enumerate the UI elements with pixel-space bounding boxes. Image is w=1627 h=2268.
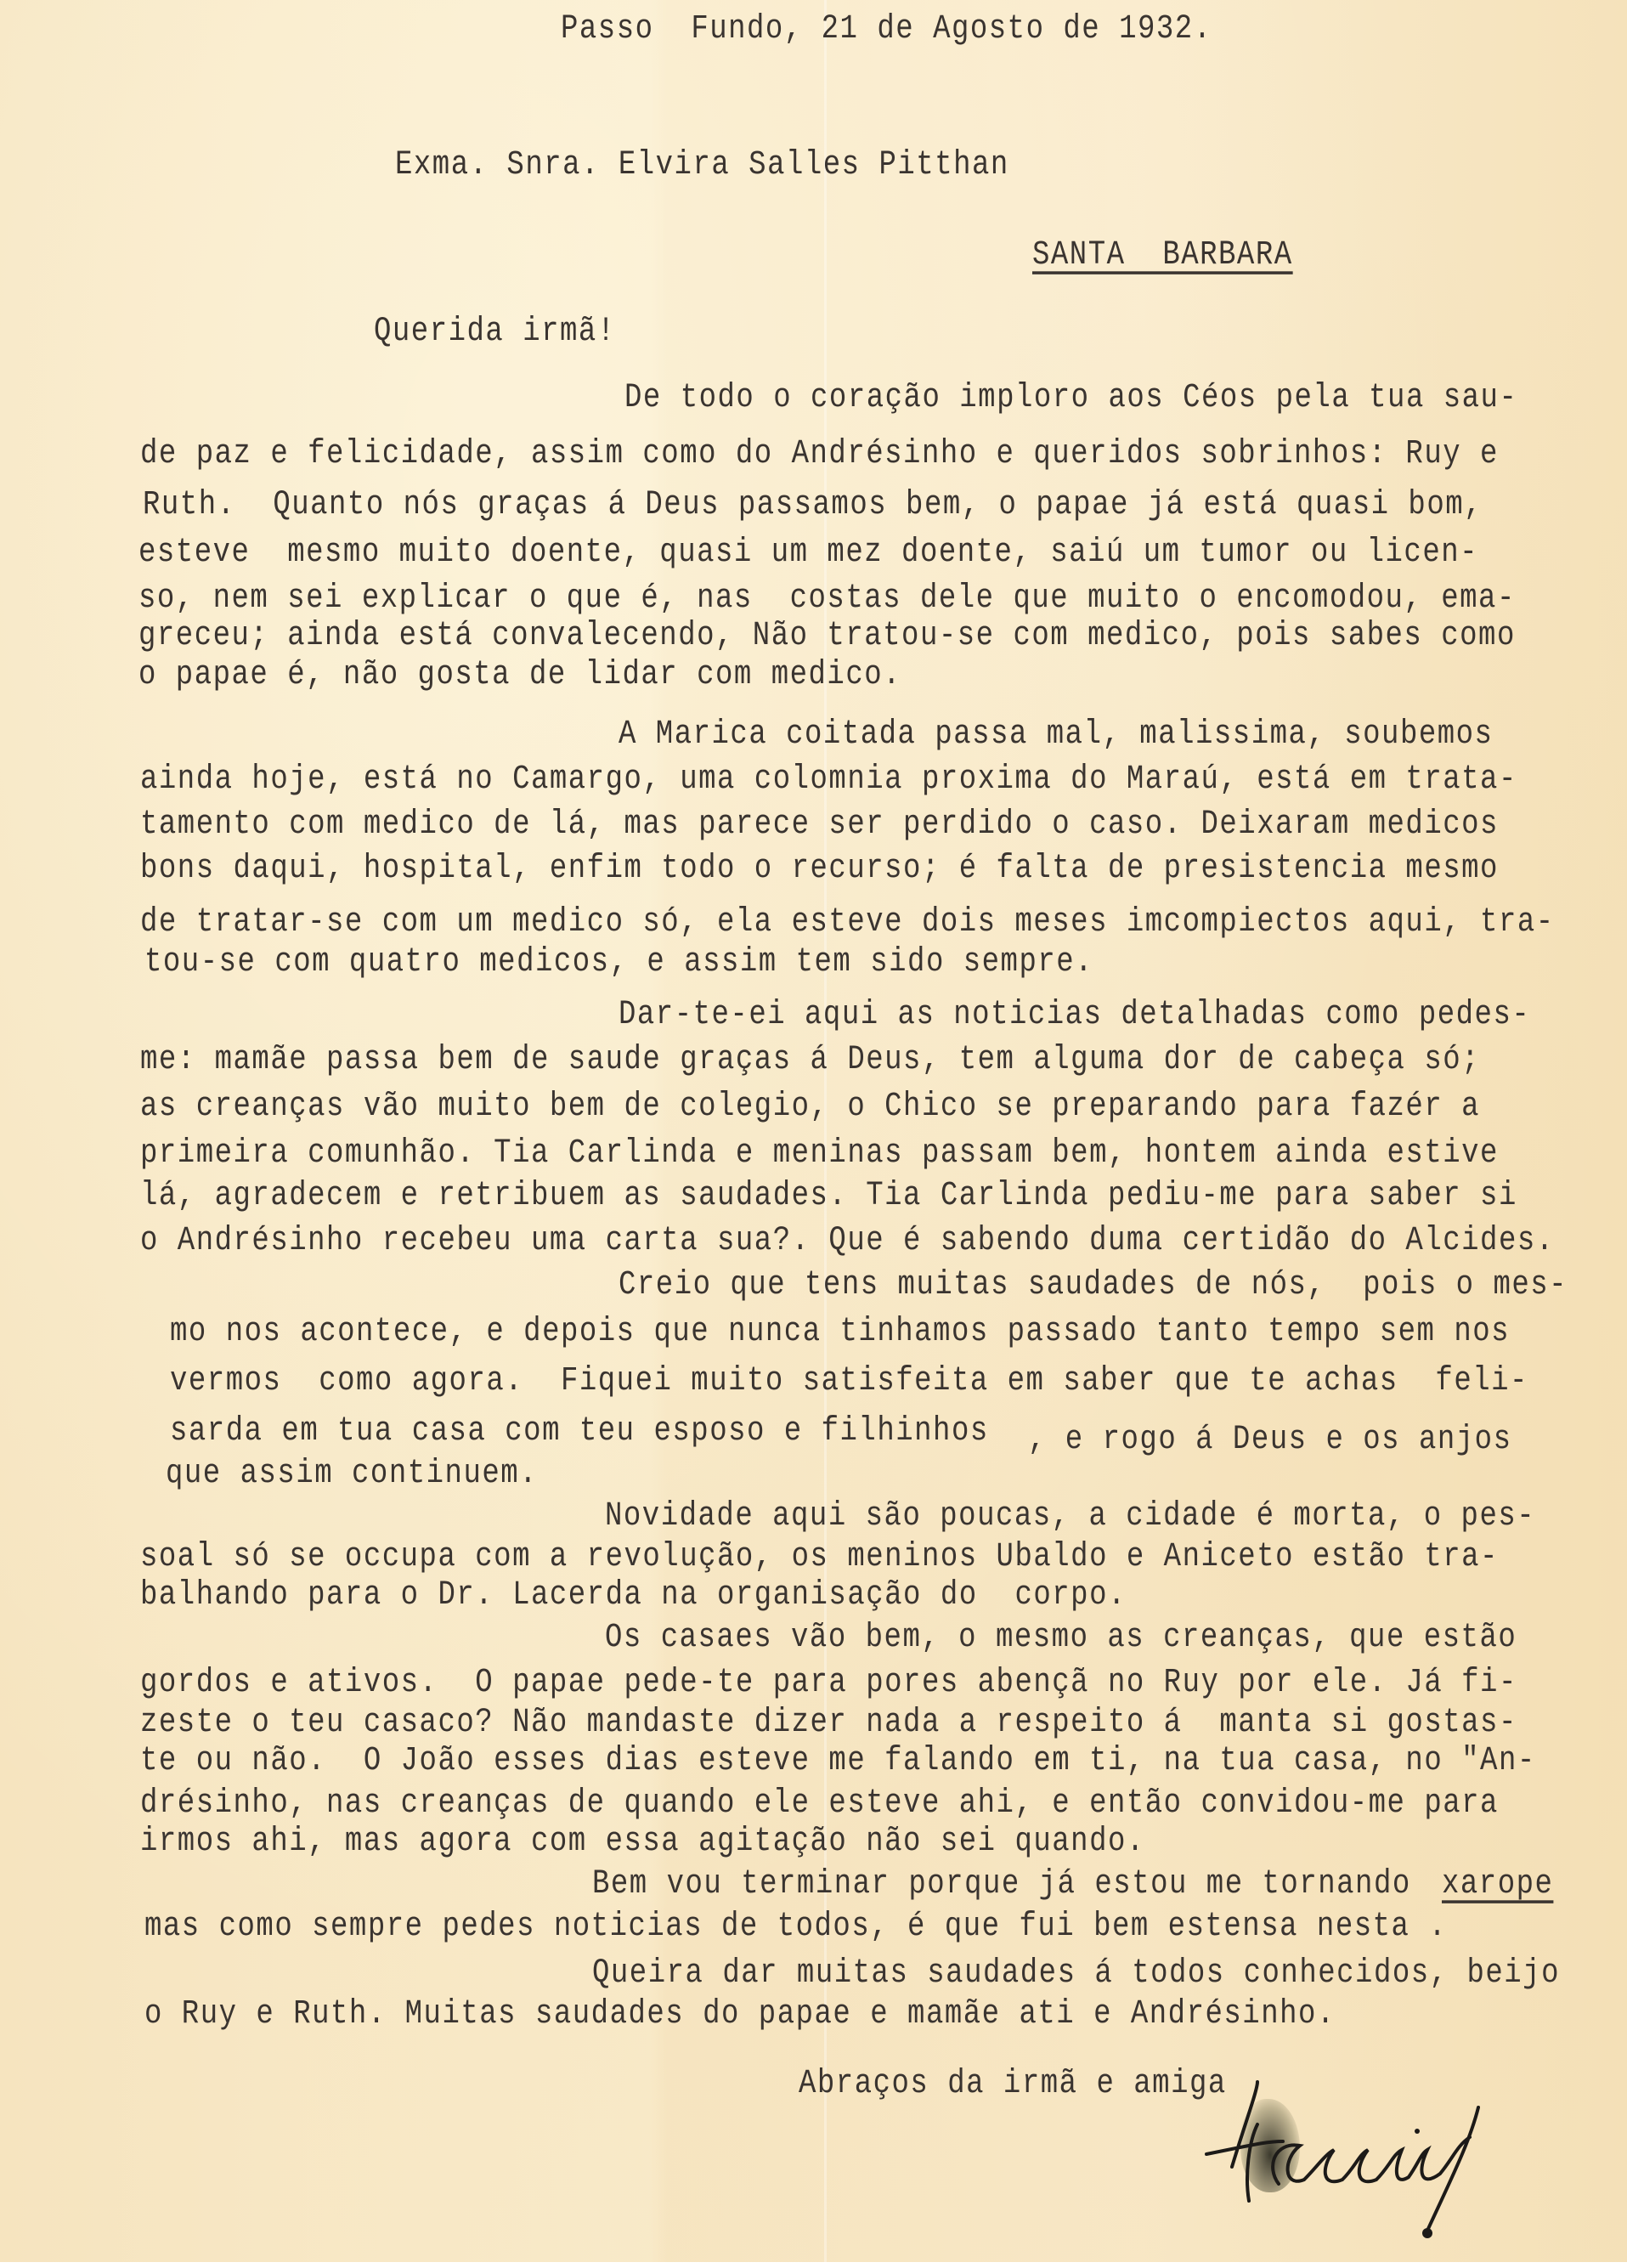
body-line: me: mamãe passa bem de saude graças á De… — [140, 1041, 1480, 1079]
body-line: o Ruy e Ruth. Muitas saudades do papae e… — [144, 1995, 1336, 2033]
body-line: o papae é, não gosta de lidar com medico… — [138, 656, 901, 694]
body-line: ainda hoje, está no Camargo, uma colomni… — [140, 761, 1517, 799]
body-line: de paz e felicidade, assim como do André… — [140, 435, 1499, 473]
body-line: mo nos acontece, e depois que nunca tinh… — [170, 1313, 1510, 1351]
body-line: greceu; ainda está convalecendo, Não tra… — [138, 617, 1516, 655]
body-line: Dar-te-ei aqui as noticias detalhadas co… — [619, 996, 1530, 1034]
body-line: esteve mesmo muito doente, quasi um mez … — [138, 534, 1478, 572]
underlined-word: xarope — [1442, 1865, 1553, 1903]
body-line: zeste o teu casaco? Não mandaste dizer n… — [140, 1704, 1517, 1742]
body-line: tamento com medico de lá, mas parece ser… — [140, 806, 1499, 844]
body-line: Queira dar muitas saudades á todos conhe… — [592, 1954, 1560, 1993]
body-line: tou-se com quatro medicos, e assim tem s… — [144, 943, 1093, 981]
place-date: Passo Fundo, 21 de Agosto de 1932. — [561, 10, 1212, 48]
body-line: sarda em tua casa com teu esposo e filhi… — [170, 1412, 989, 1451]
body-line: irmos ahi, mas agora com essa agitação n… — [140, 1823, 1145, 1861]
closing: Abraços da irmã e amiga — [799, 2065, 1227, 2103]
body-line: as creanças vão muito bem de colegio, o … — [140, 1088, 1480, 1126]
signature — [1198, 2073, 1555, 2243]
body-line: primeira comunhão. Tia Carlinda e menina… — [140, 1134, 1499, 1173]
letter-paper: Passo Fundo, 21 de Agosto de 1932. Exma.… — [0, 0, 1627, 2262]
body-line: de tratar-se com um medico só, ela estev… — [140, 903, 1555, 942]
salutation: Querida irmã! — [374, 313, 616, 351]
body-line: A Marica coitada passa mal, malissima, s… — [619, 715, 1493, 754]
body-line: De todo o coração imploro aos Céos pela … — [624, 379, 1517, 417]
body-line: lá, agradecem e retribuem as saudades. T… — [140, 1177, 1517, 1215]
recipient-name: Exma. Snra. Elvira Salles Pitthan — [395, 146, 1009, 184]
body-line: soal só se occupa com a revolução, os me… — [140, 1538, 1499, 1576]
body-line: vermos como agora. Fiquei muito satisfei… — [170, 1362, 1528, 1400]
body-line: so, nem sei explicar o que é, nas costas… — [138, 580, 1516, 618]
body-line: Ruth. Quanto nós graças á Deus passamos … — [143, 486, 1483, 524]
body-line: o Andrésinho recebeu uma carta sua?. Que… — [140, 1222, 1555, 1260]
body-line: te ou não. O João esses dias esteve me f… — [140, 1742, 1536, 1780]
body-line: balhando para o Dr. Lacerda na organisaç… — [140, 1576, 1127, 1615]
body-line: mas como sempre pedes noticias de todos,… — [144, 1908, 1447, 1946]
body-line: gordos e ativos. O papae pede-te para po… — [140, 1664, 1517, 1702]
body-line: Novidade aqui são poucas, a cidade é mor… — [605, 1497, 1535, 1536]
body-line: , e rogo á Deus e os anjos — [1028, 1421, 1512, 1459]
body-line: Bem vou terminar porque já estou me torn… — [592, 1865, 1430, 1903]
body-line: drésinho, nas creanças de quando ele est… — [140, 1784, 1499, 1823]
body-line: bons daqui, hospital, enfim todo o recur… — [140, 850, 1499, 888]
body-line: que assim continuem. — [166, 1455, 538, 1493]
recipient-city: SANTA BARBARA — [1032, 236, 1293, 274]
body-line: Creio que tens muitas saudades de nós, p… — [619, 1266, 1568, 1304]
body-line: Os casaes vão bem, o mesmo as creanças, … — [605, 1619, 1517, 1657]
